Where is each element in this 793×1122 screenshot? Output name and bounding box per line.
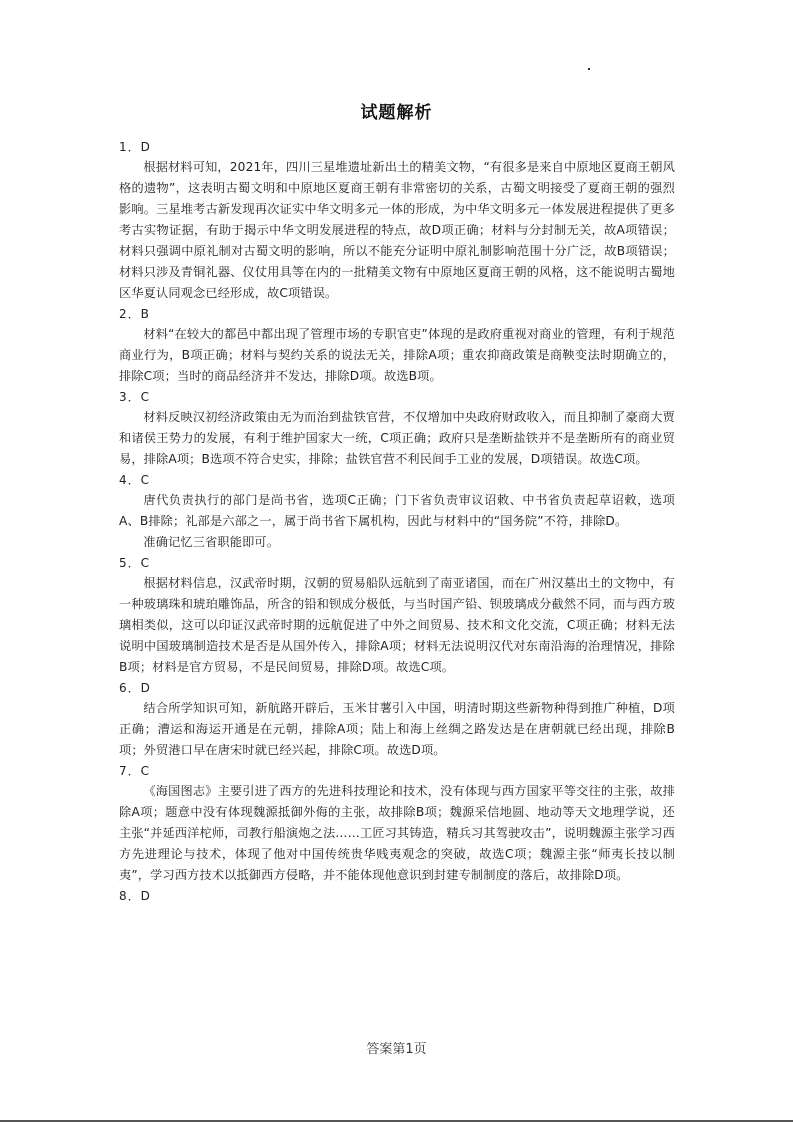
explanation-paragraph: 结合所学知识可知，新航路开辟后，玉米甘薯引入中国，明清时期这些新物种得到推广种植…	[119, 698, 675, 761]
question-3: 3．C 材料反映汉初经济政策由无为而治到盐铁官营，不仅增加中央政府财政收入，而且…	[119, 387, 675, 470]
question-label: 7．C	[119, 761, 675, 781]
page-footer: 答案第1页	[0, 1038, 793, 1057]
explanation-paragraph: 材料“在较大的都邑中都出现了管理市场的专职官吏”体现的是政府重视对商业的管理，有…	[119, 324, 675, 387]
question-label: 8．D	[119, 886, 675, 906]
question-2: 2．B 材料“在较大的都邑中都出现了管理市场的专职官吏”体现的是政府重视对商业的…	[119, 304, 675, 387]
question-label: 2．B	[119, 304, 675, 324]
explanation-note: 准确记忆三省职能即可。	[119, 532, 675, 553]
question-5: 5．C 根据材料信息，汉武帝时期，汉朝的贸易船队远航到了南亚诸国，而在广州汉墓出…	[119, 553, 675, 678]
explanation-paragraph: 材料反映汉初经济政策由无为而治到盐铁官营，不仅增加中央政府财政收入，而且抑制了豪…	[119, 407, 675, 470]
question-label: 6．D	[119, 678, 675, 698]
explanation-paragraph: 根据材料可知，2021年，四川三星堆遗址新出土的精美文物，“有很多是来自中原地区…	[119, 157, 675, 304]
corner-dot-mark	[588, 68, 590, 70]
document-page: 试题解析 1．D 根据材料可知，2021年，四川三星堆遗址新出土的精美文物，“有…	[0, 0, 793, 1120]
question-7: 7．C 《海国图志》主要引进了西方的先进科技理论和技术，没有体现与西方国家平等交…	[119, 761, 675, 886]
explanation-paragraph: 《海国图志》主要引进了西方的先进科技理论和技术，没有体现与西方国家平等交往的主张…	[119, 781, 675, 886]
question-label: 5．C	[119, 553, 675, 573]
question-8: 8．D	[119, 886, 675, 906]
question-1: 1．D 根据材料可知，2021年，四川三星堆遗址新出土的精美文物，“有很多是来自…	[119, 137, 675, 304]
explanation-paragraph: 唐代负责执行的部门是尚书省，选项C正确；门下省负责审议诏敕、中书省负责起草诏敕，…	[119, 490, 675, 532]
question-label: 4．C	[119, 470, 675, 490]
question-label: 3．C	[119, 387, 675, 407]
question-4: 4．C 唐代负责执行的部门是尚书省，选项C正确；门下省负责审议诏敕、中书省负责起…	[119, 470, 675, 553]
explanation-paragraph: 根据材料信息，汉武帝时期，汉朝的贸易船队远航到了南亚诸国，而在广州汉墓出土的文物…	[119, 573, 675, 678]
answer-content: 1．D 根据材料可知，2021年，四川三星堆遗址新出土的精美文物，“有很多是来自…	[119, 137, 675, 906]
question-label: 1．D	[119, 137, 675, 157]
page-title: 试题解析	[0, 98, 793, 123]
question-6: 6．D 结合所学知识可知，新航路开辟后，玉米甘薯引入中国，明清时期这些新物种得到…	[119, 678, 675, 761]
